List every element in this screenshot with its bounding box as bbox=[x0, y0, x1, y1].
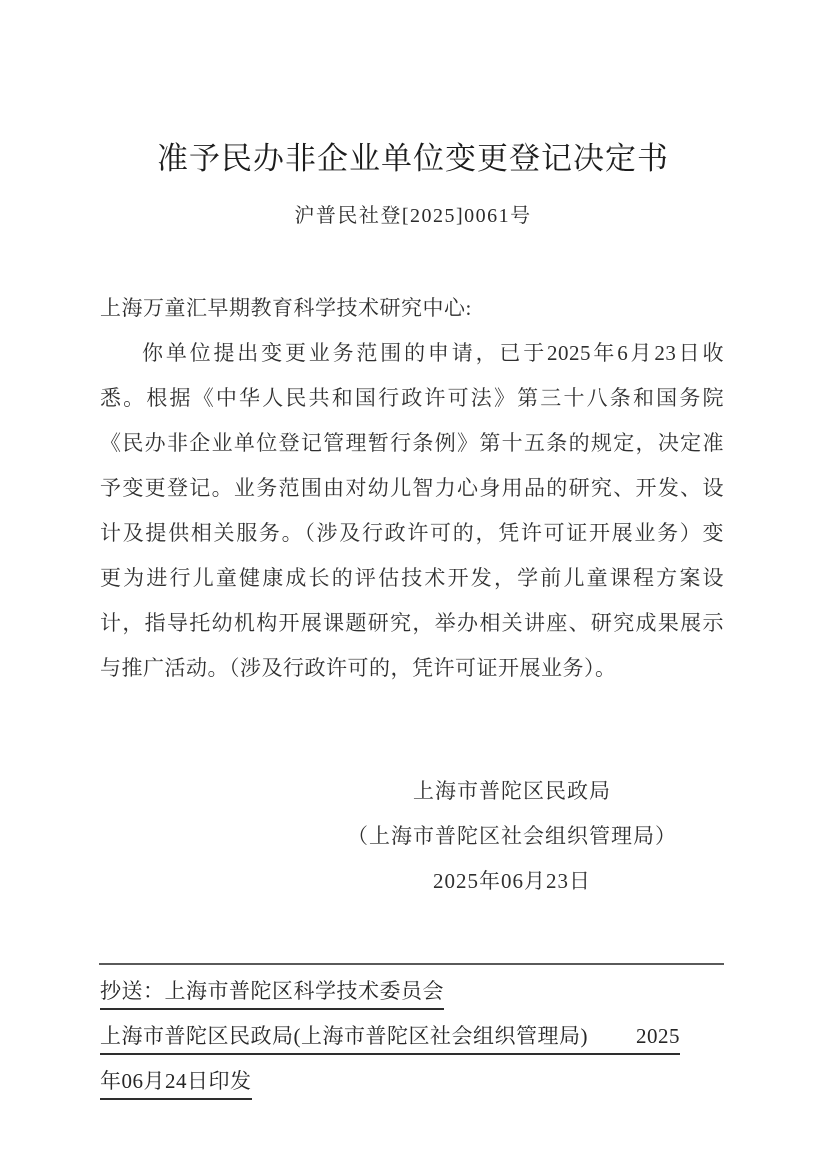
document-body: 上海万童汇早期教育科学技术研究中心: 你单位提出变更业务范围的申请，已于2025… bbox=[100, 286, 724, 691]
issuer-name: 上海市普陀区民政局(上海市普陀区社会组织管理局) bbox=[100, 1024, 588, 1048]
body-line: 予变更登记。业务范围由对幼儿智力心身用品的研究、开发、设 bbox=[100, 466, 724, 511]
body-line: 悉。根据《中华人民共和国行政许可法》第三十八条和国务院 bbox=[100, 376, 724, 421]
document-title: 准予民办非企业单位变更登记决定书 bbox=[0, 0, 826, 180]
cc-line: 抄送：上海市普陀区科学技术委员会 bbox=[100, 976, 444, 1010]
body-line: 与推广活动。（涉及行政许可的，凭许可证开展业务）。 bbox=[100, 646, 724, 691]
issue-year: 2025 bbox=[636, 1024, 680, 1048]
signing-authority-alias: （上海市普陀区社会组织管理局） bbox=[299, 814, 725, 859]
cc-row: 抄送：上海市普陀区科学技术委员会 bbox=[100, 969, 726, 1014]
signature-date: 2025年06月23日 bbox=[299, 859, 725, 904]
body-line: 你单位提出变更业务范围的申请，已于2025年6月23日收 bbox=[100, 331, 724, 376]
document-number: 沪普民社登[2025]0061号 bbox=[0, 202, 826, 230]
footer-separator-rule bbox=[99, 963, 724, 965]
signing-authority: 上海市普陀区民政局 bbox=[299, 769, 725, 814]
issue-date-line: 年06月24日印发 bbox=[100, 1066, 252, 1100]
document-page: 准予民办非企业单位变更登记决定书 沪普民社登[2025]0061号 上海万童汇早… bbox=[0, 0, 826, 1168]
issuer-row: 上海市普陀区民政局(上海市普陀区社会组织管理局)2025 bbox=[100, 1014, 726, 1059]
body-line: 计，指导托幼机构开展课题研究，举办相关讲座、研究成果展示 bbox=[100, 601, 724, 646]
addressee-line: 上海万童汇早期教育科学技术研究中心: bbox=[100, 286, 724, 331]
document-footer: 抄送：上海市普陀区科学技术委员会 上海市普陀区民政局(上海市普陀区社会组织管理局… bbox=[100, 969, 726, 1104]
signature-block: 上海市普陀区民政局 （上海市普陀区社会组织管理局） 2025年06月23日 bbox=[299, 769, 725, 904]
issuer-line: 上海市普陀区民政局(上海市普陀区社会组织管理局)2025 bbox=[100, 1021, 680, 1055]
issue-date-row: 年06月24日印发 bbox=[100, 1059, 726, 1104]
body-line: 计及提供相关服务。（涉及行政许可的，凭许可证开展业务）变 bbox=[100, 511, 724, 556]
body-line: 《民办非企业单位登记管理暂行条例》第十五条的规定，决定准 bbox=[100, 421, 724, 466]
body-line: 更为进行儿童健康成长的评估技术开发，学前儿童课程方案设 bbox=[100, 556, 724, 601]
